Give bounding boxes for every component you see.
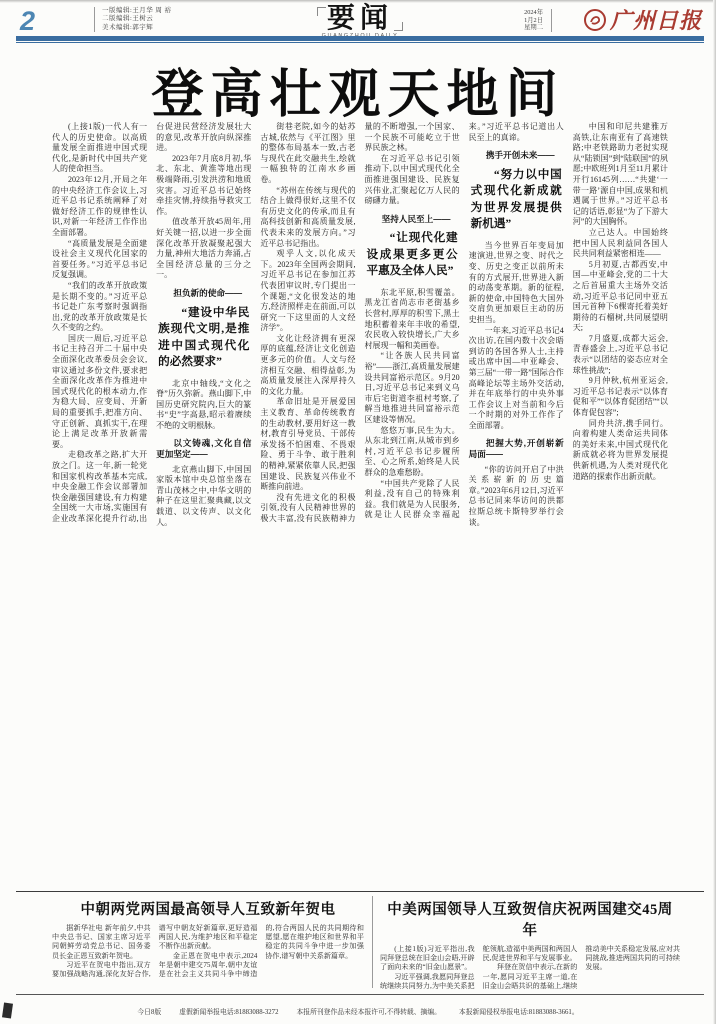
article-body: (上接1版)习近平指出,我同拜登总统在旧金山会晤,开辟了面向未来的“旧金山愿景”…: [380, 945, 680, 1009]
editor-credit-line: 二版编辑:王树云: [102, 15, 172, 23]
body-paragraph: “我们的改革开放政策是长期不变的。”习近平总书记赴广东考察时强调指出,党的改革开…: [52, 281, 147, 334]
body-paragraph: 当今世界百年变局加速演进,世界之变、时代之变、历史之变正以前所未有的方式展开,世…: [469, 241, 564, 326]
body-paragraph: 街巷老院,如今的姑苏古城,依然与《平江图》里的整体布局基本一致,古老与现代在此交…: [260, 122, 355, 186]
bracket-ornament-icon: [394, 22, 403, 31]
body-paragraph: 5月初夏,古都西安,中国—中亚峰会,党的二十大之后首届重大主场外交活动,习近平总…: [573, 260, 668, 334]
subhead-quote: “建设中华民族现代文明,是推进中国式现代化的必然要求”: [158, 305, 249, 371]
body-paragraph: “高质量发展是全面建设社会主义现代化国家的首要任务。”习近平总书记反复强调。: [52, 239, 147, 281]
article-headline: 中美两国领导人互致贺信庆祝两国建交45周年: [380, 898, 680, 940]
article-china-dprk: 中朝两党两国最高领导人互致新年贺电 据新华社电 新年前夕,中共中央总书记、国家主…: [52, 896, 364, 988]
main-headline: 登高壮观天地间: [0, 52, 716, 127]
body-paragraph: 观乎人文,以化成天下。2023年全国两会期间,习近平总书记在参加江苏代表团审议时…: [260, 249, 355, 334]
lead-in: 坚持人民至上——: [364, 214, 459, 225]
date-block: 2024年 1月2日 星期二: [524, 9, 552, 32]
page-header: 2 一版编辑:王月华 周 裕二版编辑:王树云美术编辑:郭宇辉 要闻 GUANGZ…: [16, 6, 704, 32]
body-paragraph: 值改革开放45周年,用好关键一招,以进一步全面深化改革开放凝聚起强大力量,神州大…: [156, 217, 251, 281]
newspaper-page: 2 一版编辑:王月华 周 裕二版编辑:王树云美术编辑:郭宇辉 要闻 GUANGZ…: [0, 0, 716, 1024]
body-paragraph: 北京燕山脚下,中国国家版本馆中央总馆坐落在青山茂林之中,中华文明的种子在这里汇聚…: [156, 465, 251, 529]
masthead-emblem-icon: [583, 8, 607, 32]
article-china-us: 中美两国领导人互致贺信庆祝两国建交45周年 (上接1版)习近平指出,我同拜登总统…: [380, 896, 680, 988]
masthead-name: 广州日报: [610, 4, 702, 35]
body-paragraph: 北京中轴线,“文化之脊”历久弥新。燕山脚下,中国历史研究院内,巨大的篆书“史”字…: [156, 379, 251, 432]
body-paragraph: 同舟共济,携手同行。向着构建人类命运共同体的美好未来,中国式现代化新成就必将为世…: [573, 419, 668, 483]
body-paragraph: 据新华社电 新年前夕,中共中央总书记、国家主席习近平同朝鲜劳动党总书记、国务委员…: [52, 924, 151, 961]
lead-in: 把握大势,开创崭新局面——: [469, 438, 564, 459]
body-paragraph: 7月盛夏,成都大运会,青春盛会上,习近平总书记表示“以团结的姿态应对全球性挑战”…: [573, 334, 668, 376]
main-article-body: (上接1版)一代人有一代人的历史使命。以高质量发展全面推进中国式现代化,是新时代…: [52, 122, 668, 884]
masthead: 广州日报: [583, 4, 702, 35]
footer: 今日8版虚假新闻举报电话:81883088-3272本报所刊登作品未经本报许可,…: [0, 1001, 716, 1019]
editor-credit-line: 美术编辑:郭宇辉: [102, 24, 172, 32]
article-divider: [372, 896, 373, 988]
body-paragraph: (上接1版)习近平指出,我同拜登总统在旧金山会晤,开辟了面向未来的“旧金山愿景”…: [380, 945, 475, 973]
subhead-quote: “努力以中国式现代化新成就为世界发展提供新机遇”: [471, 167, 562, 233]
header-rule: [16, 36, 704, 44]
section-title-text: 要闻: [327, 3, 393, 34]
page-number: 2: [20, 8, 35, 34]
lead-in: 以文铸魂,文化自信更加坚定——: [156, 438, 251, 459]
editor-credits: 一版编辑:王月华 周 裕二版编辑:王树云美术编辑:郭宇辉: [94, 7, 172, 32]
bracket-ornament-icon: [317, 7, 326, 16]
article-body: 据新华社电 新年前夕,中共中央总书记、国家主席习近平同朝鲜劳动党总书记、国务委员…: [52, 924, 364, 988]
body-paragraph: 革命旧址是开展爱国主义教育、革命传统教育的生动教材,要用好这一教材,教育引导党员…: [260, 397, 355, 492]
body-paragraph: (上接1版)一代人有一代人的历史使命。以高质量发展全面推进中国式现代化,是新时代…: [52, 122, 147, 175]
date-weekday: 星期二: [524, 24, 543, 32]
body-paragraph: 中国和印尼共建雅万高铁,让东南亚有了高速铁路;中老铁路助力老挝实现从“陆锁国”到…: [573, 122, 668, 228]
lead-in: 携手开创未来——: [469, 150, 564, 161]
body-paragraph: 文化让经济拥有更深厚的底蕴,经济让文化创造更多元的价值。人文与经济相互交融、相得…: [260, 334, 355, 398]
body-paragraph: 2023年12月,开局之年的中央经济工作会议上,习近平总书记系统阐释了对做好经济…: [52, 175, 147, 239]
footer-item: 今日8版: [137, 1009, 161, 1016]
bottom-section-rule: [16, 891, 704, 892]
body-paragraph: 在习近平总书记引领推动下,以中国式现代化全面推进强国建设、民族复兴伟业,汇聚起亿…: [364, 154, 459, 207]
section-title: 要闻: [319, 6, 401, 32]
subhead-quote: “让现代化建设成果更多更公平惠及全体人民”: [366, 230, 457, 280]
body-paragraph: 悠悠万事,民生为大。从东北到江南,从城市到乡村,习近平总书记步履所至、心之所系,…: [364, 426, 459, 479]
body-paragraph: “苏州在传统与现代的结合上做得很好,这里不仅有历史文化的传承,而且有高科技创新和…: [260, 186, 355, 250]
body-paragraph: 9月仲秋,杭州亚运会,习近平总书记表示“以体育促和平”“以体育促团结”“以体育促…: [573, 376, 668, 418]
footer-item: 本报所刊登作品未经本报许可,不得转载、摘编。: [296, 1009, 440, 1016]
body-paragraph: “让各族人民共同富裕”——浙江,高质量发展建设共同富裕示范区。9月20日,习近平…: [364, 351, 459, 425]
body-paragraph: 东北平原,积雪覆盖。黑龙江省尚志市老街基乡长营村,厚厚的积雪下,黑土地积蓄着来年…: [364, 288, 459, 352]
footer-item: 本报新闻侵权举报电话:81883088-3661。: [459, 1009, 579, 1016]
body-paragraph: 国庆一周后,习近平总书记主持召开二十届中央全面深化改革委员会会议,审议通过多份文…: [52, 334, 147, 451]
lead-in: 担负新的使命——: [156, 288, 251, 299]
footer-item: 虚假新闻举报电话:81883088-3272: [179, 1009, 278, 1016]
footer-rule: [16, 994, 704, 995]
body-paragraph: 2023年7月底8月初,华北、东北、黄淮等地出现极端降雨,引发洪涝和地质灾害。习…: [156, 154, 251, 218]
body-paragraph: 立己达人。中国始终把中国人民利益同各国人民共同利益紧密相连——: [573, 228, 668, 260]
body-paragraph: “你的访问开启了中洪关系崭新的历史篇章。”2023年6月12日,习近平总书记同来…: [469, 465, 564, 529]
article-headline: 中朝两党两国最高领导人互致新年贺电: [52, 898, 364, 919]
section-header: 要闻 GUANGZHOU DAILY: [285, 6, 435, 39]
date-year: 2024年: [524, 9, 543, 17]
body-paragraph: 一年来,习近平总书记4次出访,在国内数十次会晤到访的各国各界人士,主持或出席中国…: [469, 326, 564, 432]
